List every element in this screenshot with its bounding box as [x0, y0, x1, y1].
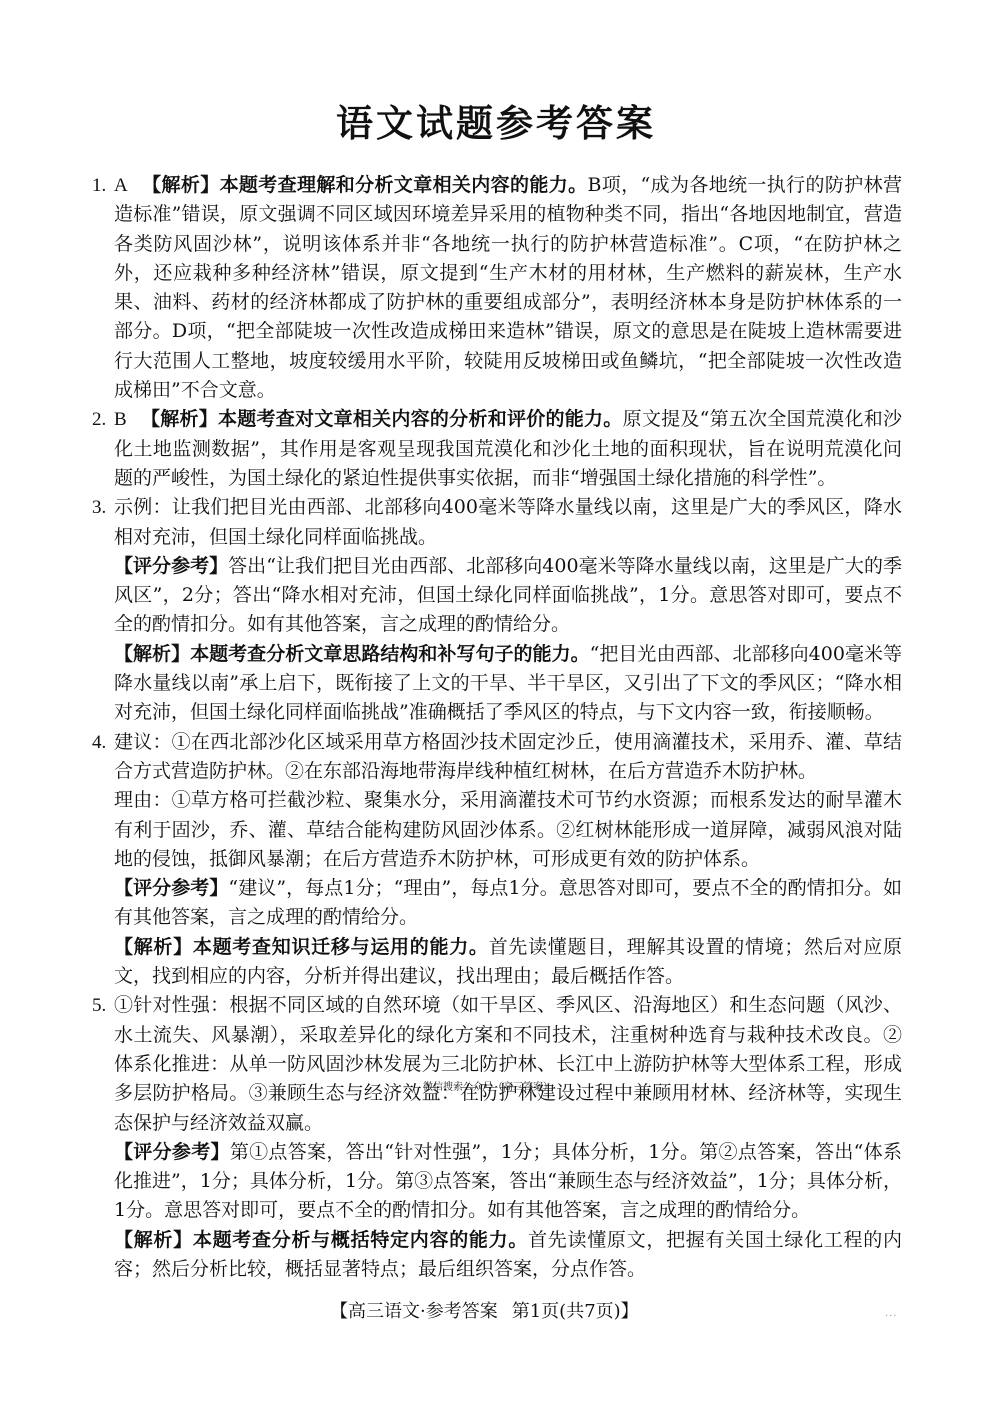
analysis-lead: 本题考查分析文章思路结构和补写句子的能力。 — [190, 643, 590, 665]
scoring-tag: 【评分参考】 — [114, 1141, 230, 1163]
scoring-text: “建议”，每点1分；“理由”，每点1分。意思答对即可，要点不全的酌情扣分。如有其… — [114, 877, 902, 928]
answer-item-3: 3. 示例：让我们把目光由西部、北部移向400毫米等降水量线以南，这里是广大的季… — [92, 493, 902, 727]
page-footer: 【高三语文·参考答案第1页(共7页)】 — [330, 1300, 639, 1324]
footer-page-info: 第1页(共7页)】 — [512, 1301, 639, 1322]
analysis-tag: 【解析】 — [141, 408, 218, 430]
analysis-lead: 本题考查对文章相关内容的分析和评价的能力。 — [218, 408, 623, 430]
watermark-text: 微信搜索公众号（高三答案） — [423, 1082, 553, 1094]
analysis-tag: 【解析】 — [114, 1229, 193, 1251]
answer-item-1: 1. A【解析】本题考查理解和分析文章相关内容的能力。B项，“成为各地统一执行的… — [92, 171, 902, 405]
analysis-lead: 本题考查知识迁移与运用的能力。 — [193, 936, 489, 958]
scoring-text: 第①点答案，答出“针对性强”，1分；具体分析，1分。第②点答案，答出“体系化推进… — [114, 1141, 902, 1222]
analysis-lead: 本题考查理解和分析文章相关内容的能力。 — [220, 174, 588, 196]
scoring-tag: 【评分参考】 — [114, 555, 228, 577]
analysis-paragraph: 【解析】本题考查分析文章思路结构和补写句子的能力。“把目光由西部、北部移向400… — [114, 640, 902, 728]
reason-text: 理由：①草方格可拦截沙粒、聚集水分，采用滴灌技术可节约水资源；而根系发达的耐旱灌… — [114, 789, 902, 870]
analysis-paragraph: 【解析】本题考查分析与概括特定内容的能力。首先读懂原文，把握有关国土绿化工程的内… — [114, 1226, 902, 1285]
suggestion-paragraph: 建议：①在西北部沙化区域采用草方格固沙技术固定沙丘，使用滴灌技术，采用乔、灌、草… — [114, 728, 902, 787]
answer-letter: A — [114, 175, 128, 196]
answer-text: ①针对性强：根据不同区域的自然环境（如干旱区、季风区、沿海地区）和生态问题（风沙… — [114, 994, 902, 1133]
answer-letter: B — [114, 409, 127, 430]
scoring-paragraph: 【评分参考】答出“让我们把目光由西部、北部移向400毫米等降水量线以南，这里是广… — [114, 552, 902, 640]
answer-paragraph: ①针对性强：根据不同区域的自然环境（如干旱区、季风区、沿海地区）和生态问题（风沙… — [114, 991, 902, 1137]
item-number: 5. — [92, 991, 106, 1020]
analysis-paragraph: 【解析】本题考查知识迁移与运用的能力。首先读懂题目，理解其设置的情境；然后对应原… — [114, 933, 902, 992]
item-number: 4. — [92, 728, 106, 757]
scoring-paragraph: 【评分参考】第①点答案，答出“针对性强”，1分；具体分析，1分。第②点答案，答出… — [114, 1138, 902, 1226]
analysis-paragraph: B【解析】本题考查对文章相关内容的分析和评价的能力。原文提及“第五次全国荒漠化和… — [114, 405, 902, 493]
suggestion-text: 建议：①在西北部沙化区域采用草方格固沙技术固定沙丘，使用滴灌技术，采用乔、灌、草… — [114, 731, 902, 782]
scoring-tag: 【评分参考】 — [114, 877, 228, 899]
analysis-tag: 【解析】 — [114, 643, 190, 665]
reason-paragraph: 理由：①草方格可拦截沙粒、聚集水分，采用滴灌技术可节约水资源；而根系发达的耐旱灌… — [114, 786, 902, 874]
scoring-text: 答出“让我们把目光由西部、北部移向400毫米等降水量线以南，这里是广大的季风区”… — [114, 555, 902, 636]
analysis-paragraph: A【解析】本题考查理解和分析文章相关内容的能力。B项，“成为各地统一执行的防护林… — [114, 171, 902, 405]
answer-item-4: 4. 建议：①在西北部沙化区域采用草方格固沙技术固定沙丘，使用滴灌技术，采用乔、… — [92, 728, 902, 992]
analysis-tag: 【解析】 — [142, 174, 220, 196]
footer-dots: ... — [885, 1308, 898, 1319]
analysis-text: B项，“成为各地统一执行的防护林营造标准”错误，原文强调不同区域因环境差异采用的… — [114, 174, 902, 401]
item-number: 1. — [92, 171, 106, 200]
answer-item-5: 5. ①针对性强：根据不同区域的自然环境（如干旱区、季风区、沿海地区）和生态问题… — [92, 991, 902, 1284]
footer-subject: 【高三语文·参考答案 — [330, 1301, 498, 1322]
scoring-paragraph: 【评分参考】“建议”，每点1分；“理由”，每点1分。意思答对即可，要点不全的酌情… — [114, 874, 902, 933]
analysis-tag: 【解析】 — [114, 936, 193, 958]
item-number: 3. — [92, 493, 106, 522]
page-title: 语文试题参考答案 — [0, 98, 992, 150]
example-paragraph: 示例：让我们把目光由西部、北部移向400毫米等降水量线以南，这里是广大的季风区，… — [114, 493, 902, 552]
answer-list: 1. A【解析】本题考查理解和分析文章相关内容的能力。B项，“成为各地统一执行的… — [92, 171, 902, 1284]
analysis-lead: 本题考查分析与概括特定内容的能力。 — [193, 1229, 528, 1251]
item-number: 2. — [92, 405, 106, 434]
example-text: 示例：让我们把目光由西部、北部移向400毫米等降水量线以南，这里是广大的季风区，… — [114, 496, 902, 547]
answer-item-2: 2. B【解析】本题考查对文章相关内容的分析和评价的能力。原文提及“第五次全国荒… — [92, 405, 902, 493]
